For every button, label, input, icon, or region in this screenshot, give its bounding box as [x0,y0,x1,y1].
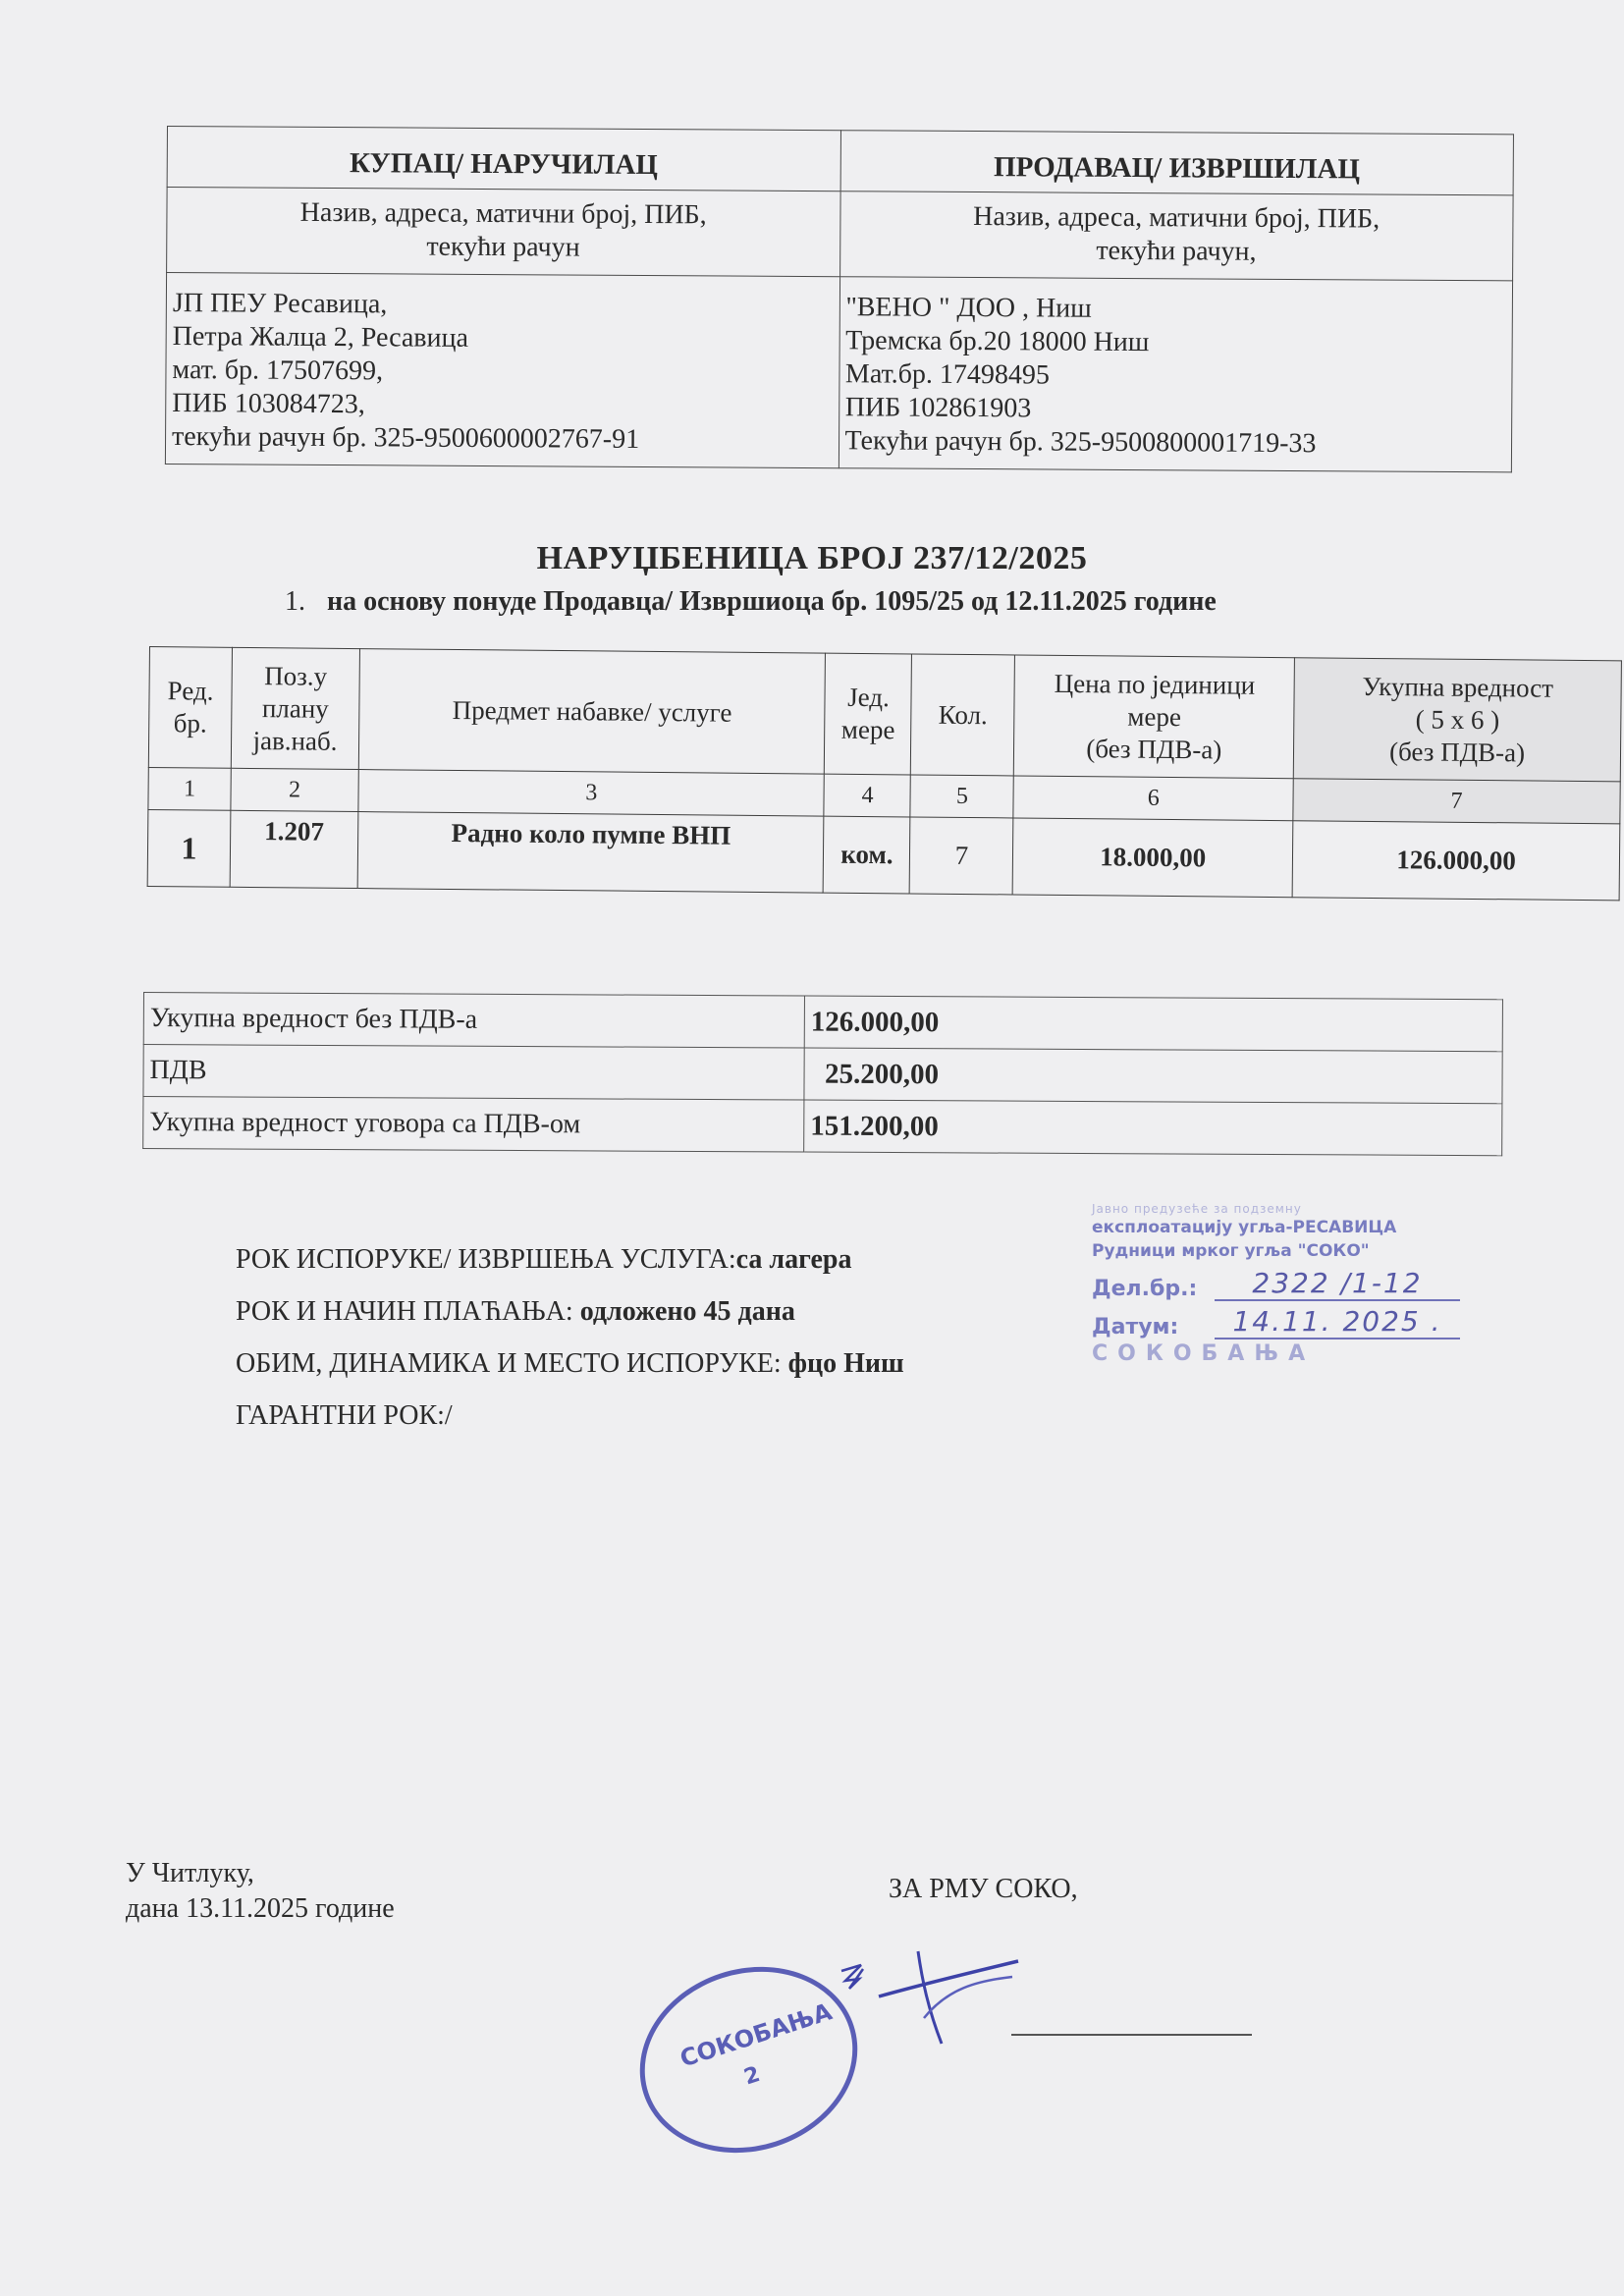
stamp-org-line: Јавно предузеће за подземну [1092,1202,1504,1216]
header-text: мере [1016,699,1293,735]
total-with-vat-value: 151.200,00 [804,1100,1502,1156]
header-text: ( 5 x 6 ) [1295,702,1619,738]
stamp-city: СОКОБАЊА [1092,1341,1504,1366]
column-number: 7 [1293,779,1620,824]
stamp-ref-label: Дел.бр.: [1092,1277,1215,1301]
seller-name: "ВЕНО " ДОО , Ниш [845,291,1504,328]
vat-value: 25.200,00 [804,1048,1502,1104]
seller-heading: ПРОДАВАЦ/ ИЗВРШИЛАЦ [840,131,1514,195]
totals-table: Укупна вредност без ПДВ-а 126.000,00 ПДВ… [142,992,1503,1156]
header-text: Цена по јединици [1016,667,1293,702]
seller-subheading: Назив, адреса, матични број, ПИБ, текући… [839,191,1513,281]
column-number: 4 [824,774,910,817]
total-with-vat-label: Укупна вредност уговора са ПДВ-ом [143,1097,804,1153]
for-organization: ЗА РМУ СОКО, [889,1874,1078,1905]
purchase-order-page: КУПАЦ/ НАРУЧИЛАЦ ПРОДАВАЦ/ ИЗВРШИЛАЦ Наз… [0,0,1624,2296]
warranty-term: ГАРАНТНИ РОК:/ [236,1390,904,1442]
column-number: 1 [148,767,231,810]
header-row-number: Ред.бр. [148,647,232,769]
item-row-number: 1 [147,809,231,887]
signature-icon [839,1949,1075,2057]
header-plan-position: Поз.упланујав.наб. [231,647,359,769]
stamp-org-line: Рудници мрког угља "СОКО" [1092,1239,1504,1263]
items-table: Ред.бр. Поз.упланујав.наб. Предмет набав… [147,646,1622,901]
buyer-reg-number: мат. бр. 17507699, [172,354,831,391]
stamp-ref-row: Дел.бр.: 2322 /1-12 [1092,1267,1504,1301]
stamp-date-row: Датум: 14.11. 2025 . [1092,1305,1504,1339]
item-quantity: 7 [910,817,1014,895]
item-unit: ком. [824,816,911,894]
term-value: фцо Ниш [788,1348,904,1379]
totals-row: Укупна вредност уговора са ПДВ-ом 151.20… [143,1097,1502,1156]
item-total: 126.000,00 [1292,821,1620,901]
stamp-date-value: 14.11. 2025 . [1215,1305,1460,1339]
payment-term: РОК И НАЧИН ПЛАЋАЊА: одложено 45 дана [236,1285,904,1338]
term-label: ГАРАНТНИ РОК:/ [236,1400,453,1431]
seal-number: 2 [741,2062,763,2091]
buyer-heading: КУПАЦ/ НАРУЧИЛАЦ [167,127,840,191]
header-text: Јед. [827,682,910,715]
header-text: Поз.у [234,659,358,692]
column-number: 6 [1013,776,1293,821]
term-label: РОК ИСПОРУКЕ/ ИЗВРШЕЊА УСЛУГА: [236,1244,736,1275]
stamp-ref-value: 2322 /1-12 [1215,1267,1460,1301]
seller-details: "ВЕНО " ДОО , Ниш Тремска бр.20 18000 Ни… [839,277,1513,472]
header-text: плану [233,691,357,725]
buyer-address: Петра Жалца 2, Ресавица [173,320,832,357]
seller-subheading-line: текући рачун, [850,233,1503,270]
seller-tax-id: ПИБ 102861903 [845,391,1504,428]
parties-table: КУПАЦ/ НАРУЧИЛАЦ ПРОДАВАЦ/ ИЗВРШИЛАЦ Наз… [165,126,1514,472]
delivery-term: РОК ИСПОРУКЕ/ ИЗВРШЕЊА УСЛУГА:са лагера [236,1233,904,1285]
header-total-value: Укупна вредност( 5 x 6 )(без ПДВ-а) [1293,658,1621,782]
stamp-date-label: Датум: [1092,1315,1215,1339]
signature-line [1011,2034,1252,2036]
header-subject: Предмет набавке/ услуге [358,649,826,775]
header-text: Ред. [150,675,230,708]
place-and-date: У Читлуку, дана 13.11.2025 године [126,1856,395,1927]
buyer-subheading-line: текући рачун [177,229,830,266]
vat-label: ПДВ [143,1045,804,1101]
buyer-name: ЈП ПЕУ Ресавица, [173,287,832,324]
header-text: бр. [150,707,230,740]
buyer-bank-account: текући рачун бр. 325-9500600002767-91 [172,420,831,458]
total-without-vat-value: 126.000,00 [804,996,1502,1052]
totals-row: Укупна вредност без ПДВ-а 126.000,00 [143,993,1502,1052]
column-number: 2 [231,768,358,811]
term-label: ОБИМ, ДИНАМИКА И МЕСТО ИСПОРУКЕ: [236,1348,788,1379]
registration-stamp: Јавно предузеће за подземну експлоатациј… [1092,1202,1504,1366]
buyer-details: ЈП ПЕУ Ресавица, Петра Жалца 2, Ресавица… [165,273,839,468]
header-text: мере [827,714,910,747]
header-text: јав.наб. [233,724,357,757]
stamp-org-line: експлоатацију угља-РЕСАВИЦА [1092,1216,1504,1239]
seller-bank-account: Текући рачун бр. 325-9500800001719-33 [844,424,1503,462]
seal-city: СОКОБАЊА [677,1997,835,2072]
column-number: 5 [910,775,1013,818]
items-header-row: Ред.бр. Поз.упланујав.наб. Предмет набав… [148,647,1621,782]
order-title: НАРУЏБЕНИЦА БРОЈ 237/12/2025 [0,540,1624,577]
term-value: са лагера [736,1244,852,1275]
header-quantity: Кол. [911,654,1015,776]
item-plan-position: 1.207 [230,810,358,888]
column-number: 3 [358,770,825,817]
date: дана 13.11.2025 године [126,1891,395,1927]
header-text: (без ПДВ-а) [1015,732,1292,767]
total-without-vat-label: Укупна вредност без ПДВ-а [143,993,804,1049]
seller-reg-number: Мат.бр. 17498495 [845,357,1504,395]
header-unit-price: Цена по јединицимере(без ПДВ-а) [1014,655,1295,779]
term-value: одложено 45 дана [580,1296,795,1327]
buyer-subheading: Назив, адреса, матични број, ПИБ, текући… [167,188,840,277]
seller-subheading-line: Назив, адреса, матични број, ПИБ, [850,199,1503,237]
header-unit: Јед.мере [825,653,912,775]
order-basis-number: 1. [285,586,305,617]
place: У Читлуку, [126,1856,395,1891]
totals-row: ПДВ 25.200,00 [143,1045,1502,1104]
order-basis: 1.на основу понуде Продавца/ Извршиоца б… [285,586,1217,618]
delivery-place-term: ОБИМ, ДИНАМИКА И МЕСТО ИСПОРУКЕ: фцо Ниш [236,1338,904,1390]
terms-section: РОК ИСПОРУКЕ/ ИЗВРШЕЊА УСЛУГА:са лагера … [236,1233,904,1442]
table-row: 1 1.207 Радно коло пумпе ВНП ком. 7 18.0… [147,809,1620,900]
header-text: Укупна вредност [1296,670,1620,705]
buyer-subheading-line: Назив, адреса, матични број, ПИБ, [177,195,830,233]
order-basis-text: на основу понуде Продавца/ Извршиоца бр.… [327,586,1217,617]
item-subject: Радно коло пумпе ВНП [357,812,824,894]
buyer-tax-id: ПИБ 103084723, [172,387,831,424]
header-text: (без ПДВ-а) [1295,735,1619,770]
item-unit-price: 18.000,00 [1012,818,1293,898]
term-label: РОК И НАЧИН ПЛАЋАЊА: [236,1296,580,1327]
seller-address: Тремска бр.20 18000 Ниш [845,324,1504,361]
